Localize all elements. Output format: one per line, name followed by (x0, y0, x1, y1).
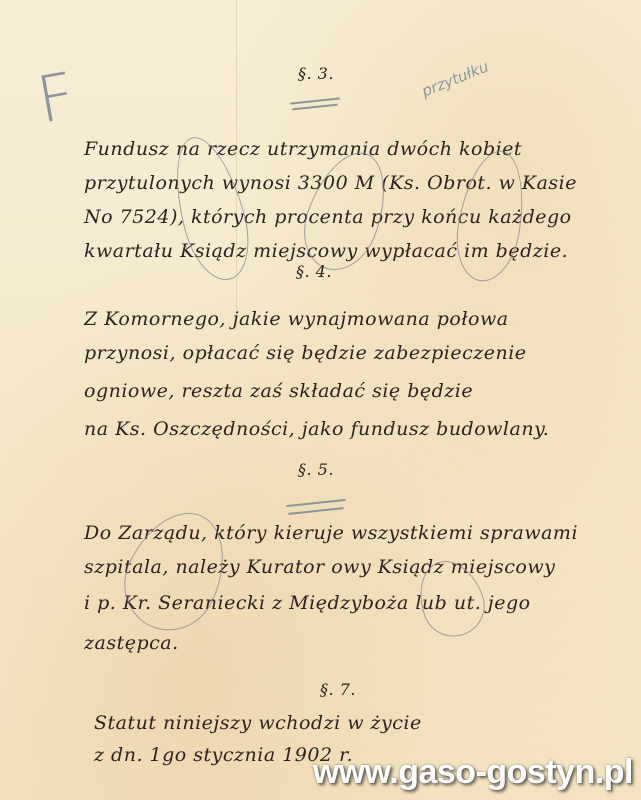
text-line: przynosi, opłacać się będzie zabezpiecze… (84, 342, 527, 364)
pencil-note: przytułku (419, 57, 491, 100)
text-line: Statut niniejszy wchodzi w życie (94, 712, 422, 734)
site-watermark: www.gaso-gostyn.pl (313, 753, 633, 792)
pencil-underline (286, 499, 346, 507)
text-line: Z Komornego, jakie wynajmowana połowa (84, 308, 509, 330)
section-heading-7: §. 7. (320, 680, 356, 699)
pencil-margin-letter: F (32, 59, 81, 138)
section-heading-4: §. 4. (296, 262, 332, 281)
pencil-loop (449, 146, 533, 287)
text-line: ogniowe, reszta zaś składać się będzie (84, 380, 473, 402)
text-line: Fundusz na rzecz utrzymania dwóch kobiet (84, 138, 522, 160)
text-line: na Ks. Oszczędności, jako fundusz budowl… (84, 418, 549, 440)
pencil-underline (288, 507, 344, 515)
pencil-underline (292, 104, 338, 111)
section-heading-3: §. 3. (298, 64, 334, 83)
paper-fold-line (236, 0, 237, 330)
section-heading-5: §. 5. (298, 460, 334, 479)
text-line: zastępca. (84, 632, 179, 654)
